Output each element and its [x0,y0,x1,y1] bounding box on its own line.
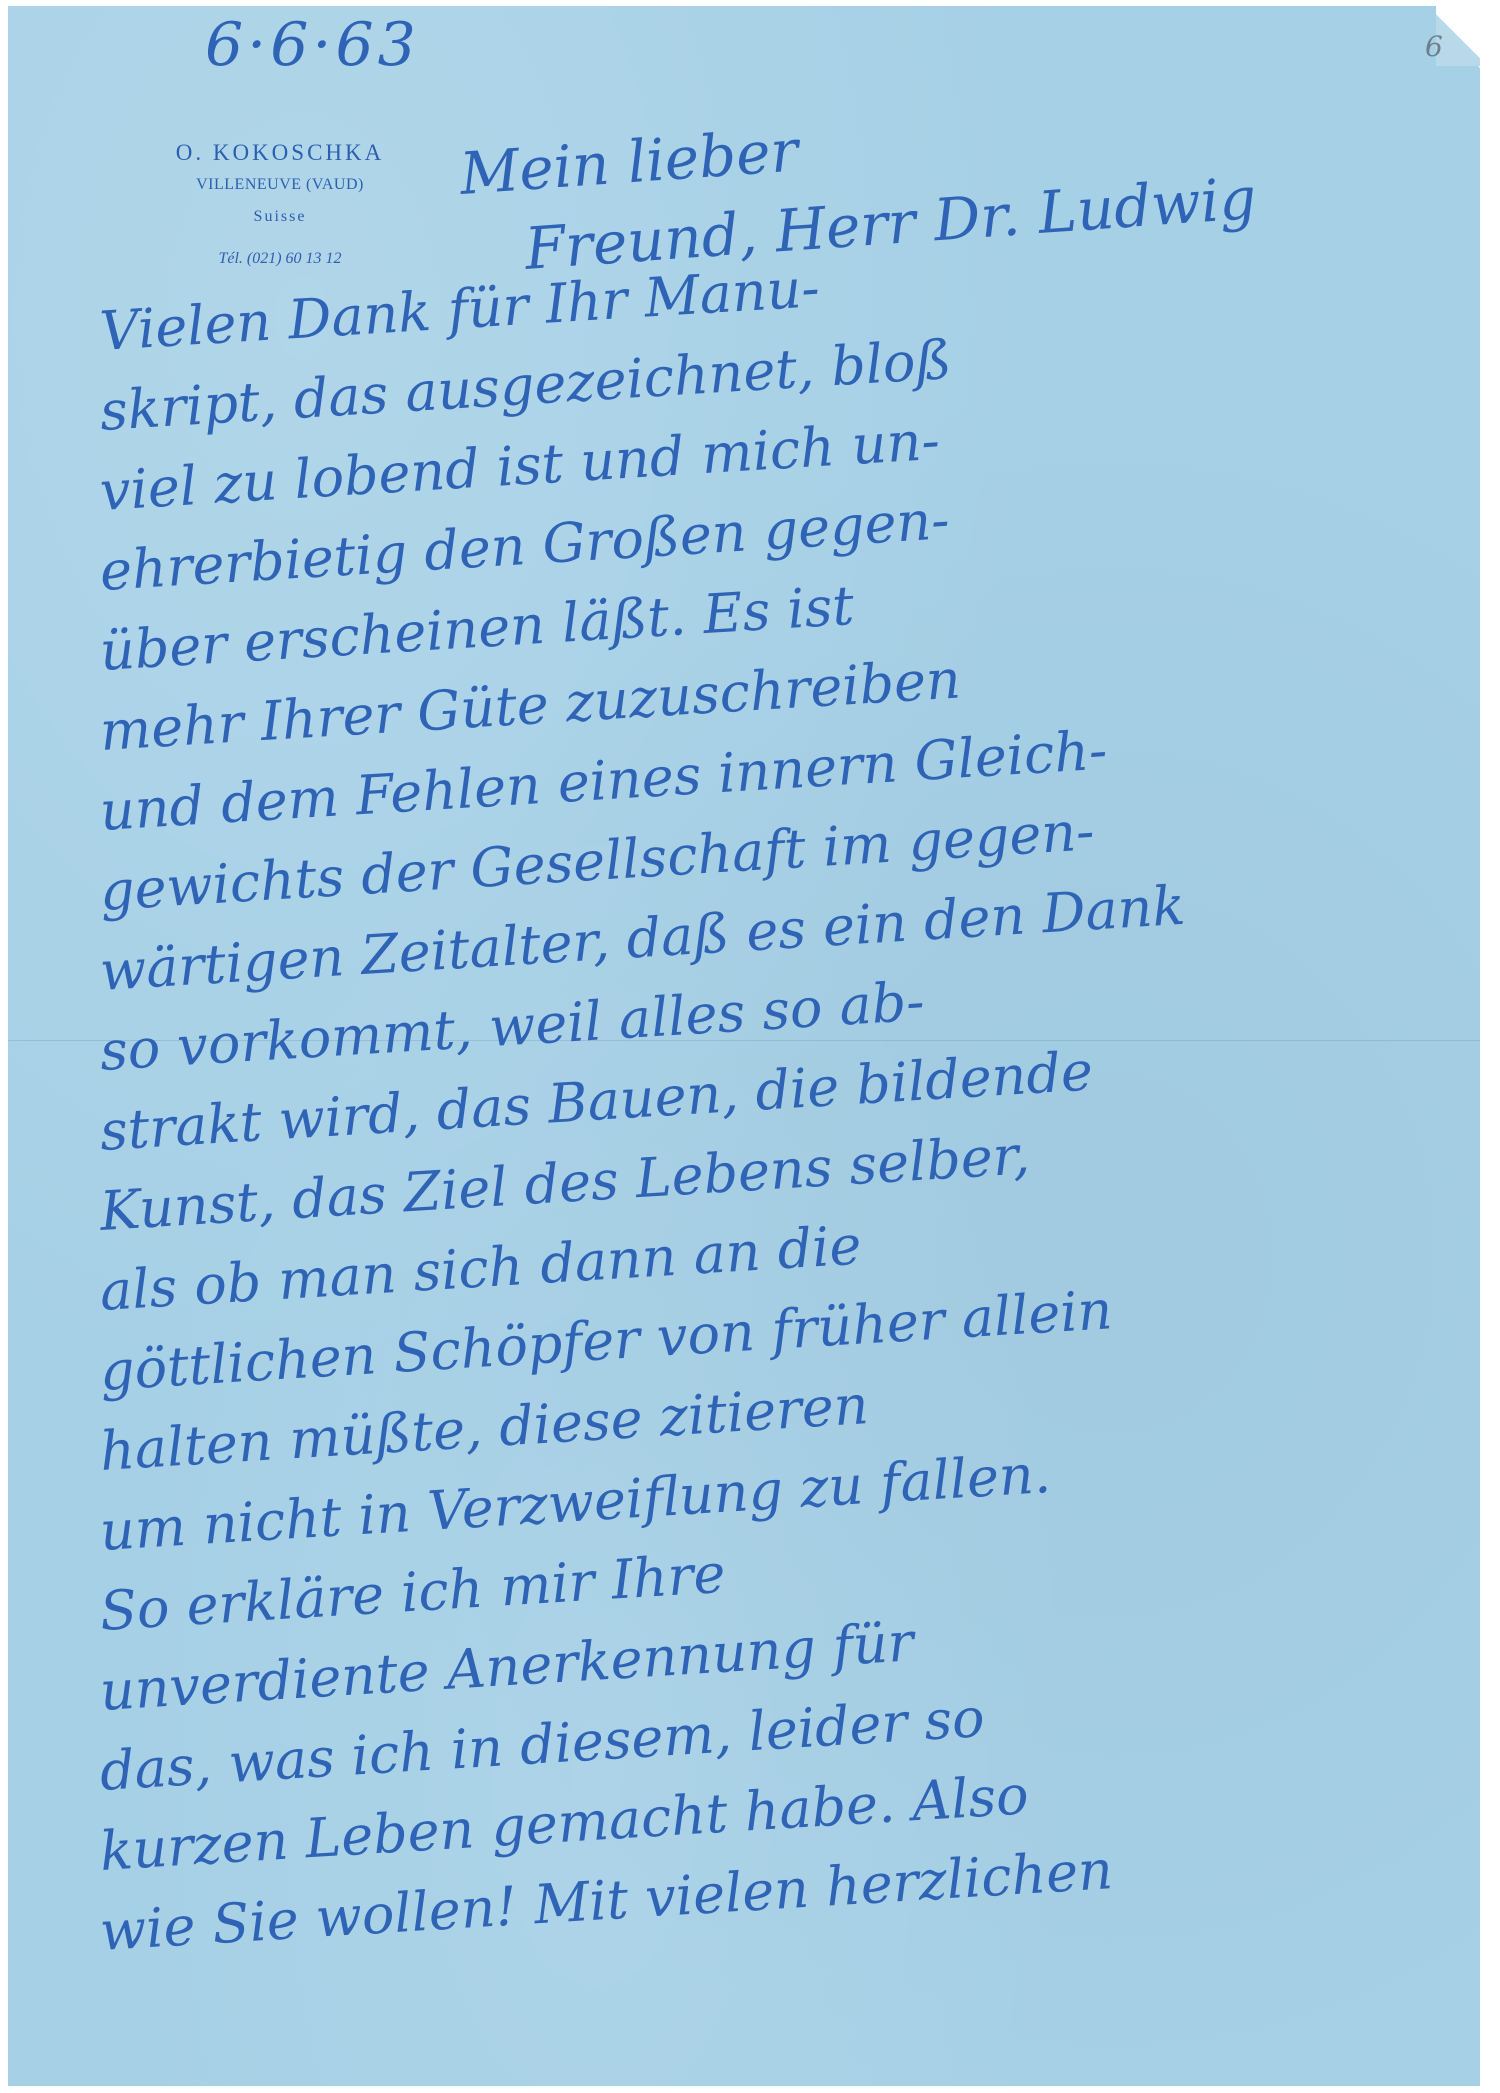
letterhead-name: O. KOKOSCHKA [120,140,440,166]
letterhead: O. KOKOSCHKA VILLENEUVE (VAUD) Suisse Té… [120,140,440,268]
letterhead-country: Suisse [120,208,440,226]
letterhead-phone: Tél. (021) 60 13 12 [120,250,440,268]
letterhead-place: VILLENEUVE (VAUD) [120,176,440,194]
letter-date: 6·6·63 [205,10,420,80]
page-number: 6 [1425,30,1443,63]
